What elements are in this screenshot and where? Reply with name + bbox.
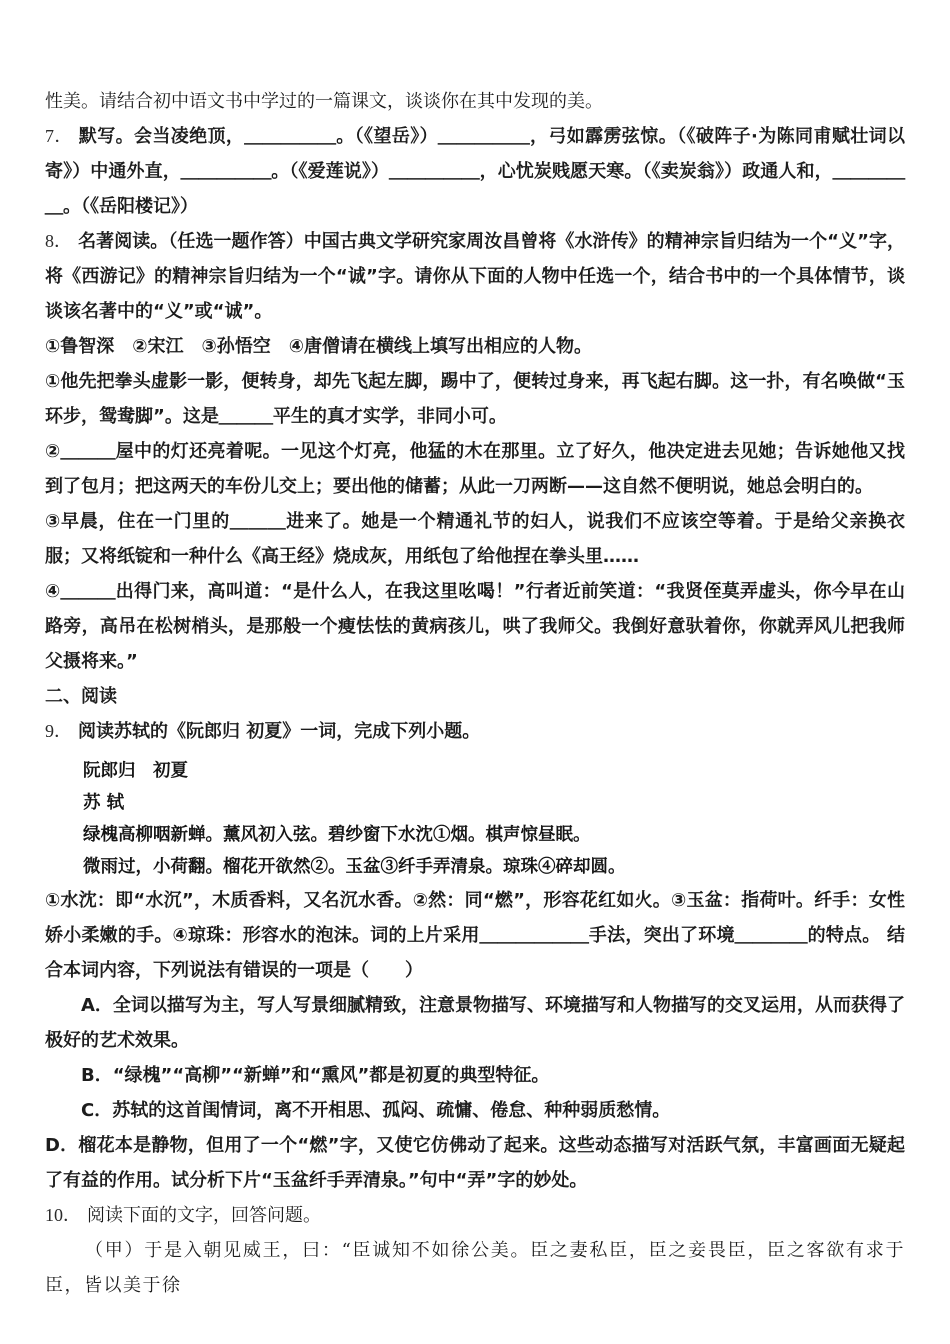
- option-d: D．榴花本是静物，但用了一个“燃”字，又使它仿佛动了起来。这些动态描写对活跃气氛…: [45, 1128, 905, 1198]
- question-10-text: 阅读下面的文字，回答问题。: [87, 1205, 321, 1225]
- question-8-passage-2: ②＿＿＿屋中的灯还亮着呢。一见这个灯亮，他猛的木在那里。立了好久，他决定进去见她…: [45, 434, 905, 504]
- question-8-passage-3: ③早晨，住在一门里的＿＿＿进来了。她是一个精通礼节的妇人，说我们不应该空等着。于…: [45, 504, 905, 574]
- question-8-passage-1: ①他先把拳头虚影一影，便转身，却先飞起左脚，踢中了，便转过身来，再飞起右脚。这一…: [45, 364, 905, 434]
- question-8-passage-4: ④＿＿＿出得门来，高叫道：“是什么人，在我这里吆喝！”行者近前笑道：“我贤侄莫弄…: [45, 574, 905, 679]
- question-10-passage: （甲）于是入朝见威王，曰：“臣诚知不如徐公美。臣之妻私臣，臣之妾畏臣，臣之客欲有…: [45, 1233, 905, 1303]
- question-9-text: 阅读苏轼的《阮郎归 初夏》一词，完成下列小题。: [78, 721, 480, 742]
- exam-page: 性美。请结合初中语文书中学过的一篇课文，谈谈你在其中发现的美。 7．默写。会当凌…: [0, 0, 950, 1344]
- poem-line-1: 绿槐高柳咽新蝉。薰风初入弦。碧纱窗下水沈①烟。棋声惊昼眠。: [45, 819, 905, 851]
- poem-line-2: 微雨过，小荷翻。榴花开欲然②。玉盆③纤手弄清泉。琼珠④碎却圆。: [45, 851, 905, 883]
- poem-block: 阮郎归 初夏 苏 轼 绿槐高柳咽新蝉。薰风初入弦。碧纱窗下水沈①烟。棋声惊昼眠。…: [45, 755, 905, 883]
- question-10-intro: 10．阅读下面的文字，回答问题。: [45, 1198, 905, 1233]
- question-7-number: 7．: [45, 126, 79, 146]
- poem-author: 苏 轼: [45, 787, 905, 819]
- question-8-choices: ①鲁智深 ②宋江 ③孙悟空 ④唐僧请在横线上填写出相应的人物。: [45, 329, 905, 364]
- question-10-number: 10．: [45, 1205, 87, 1225]
- question-7: 7．默写。会当凌绝顶，＿＿＿＿＿。（《望岳》）＿＿＿＿＿，弓如霹雳弦惊。（《破阵…: [45, 119, 905, 224]
- option-c: C．苏轼的这首闺情词，离不开相思、孤闷、疏慵、倦怠、种种弱质愁情。: [45, 1093, 905, 1128]
- intro-paragraph: 性美。请结合初中语文书中学过的一篇课文，谈谈你在其中发现的美。: [45, 84, 905, 119]
- question-9-number: 9．: [45, 721, 78, 741]
- question-8: 8．名著阅读。（任选一题作答）中国古典文学研究家周汝昌曾将《水浒传》的精神宗旨归…: [45, 224, 905, 329]
- poem-title: 阮郎归 初夏: [45, 755, 905, 787]
- question-7-text: 默写。会当凌绝顶，＿＿＿＿＿。（《望岳》）＿＿＿＿＿，弓如霹雳弦惊。（《破阵子·…: [45, 126, 905, 217]
- question-9-intro: 9．阅读苏轼的《阮郎归 初夏》一词，完成下列小题。: [45, 714, 905, 749]
- question-8-number: 8．: [45, 231, 78, 251]
- option-a: A．全词以描写为主，写人写景细腻精致，注意景物描写、环境描写和人物描写的交叉运用…: [45, 988, 905, 1058]
- question-8-text: 名著阅读。（任选一题作答）中国古典文学研究家周汝昌曾将《水浒传》的精神宗旨归结为…: [45, 231, 905, 322]
- question-9-notes: ①水沈：即“水沉”，木质香料，又名沉水香。②然：同“燃”，形容花红如火。③玉盆：…: [45, 883, 905, 988]
- section-2-heading: 二、阅读: [45, 679, 905, 714]
- option-b: B．“绿槐”“高柳”“新蝉”和“熏风”都是初夏的典型特征。: [45, 1058, 905, 1093]
